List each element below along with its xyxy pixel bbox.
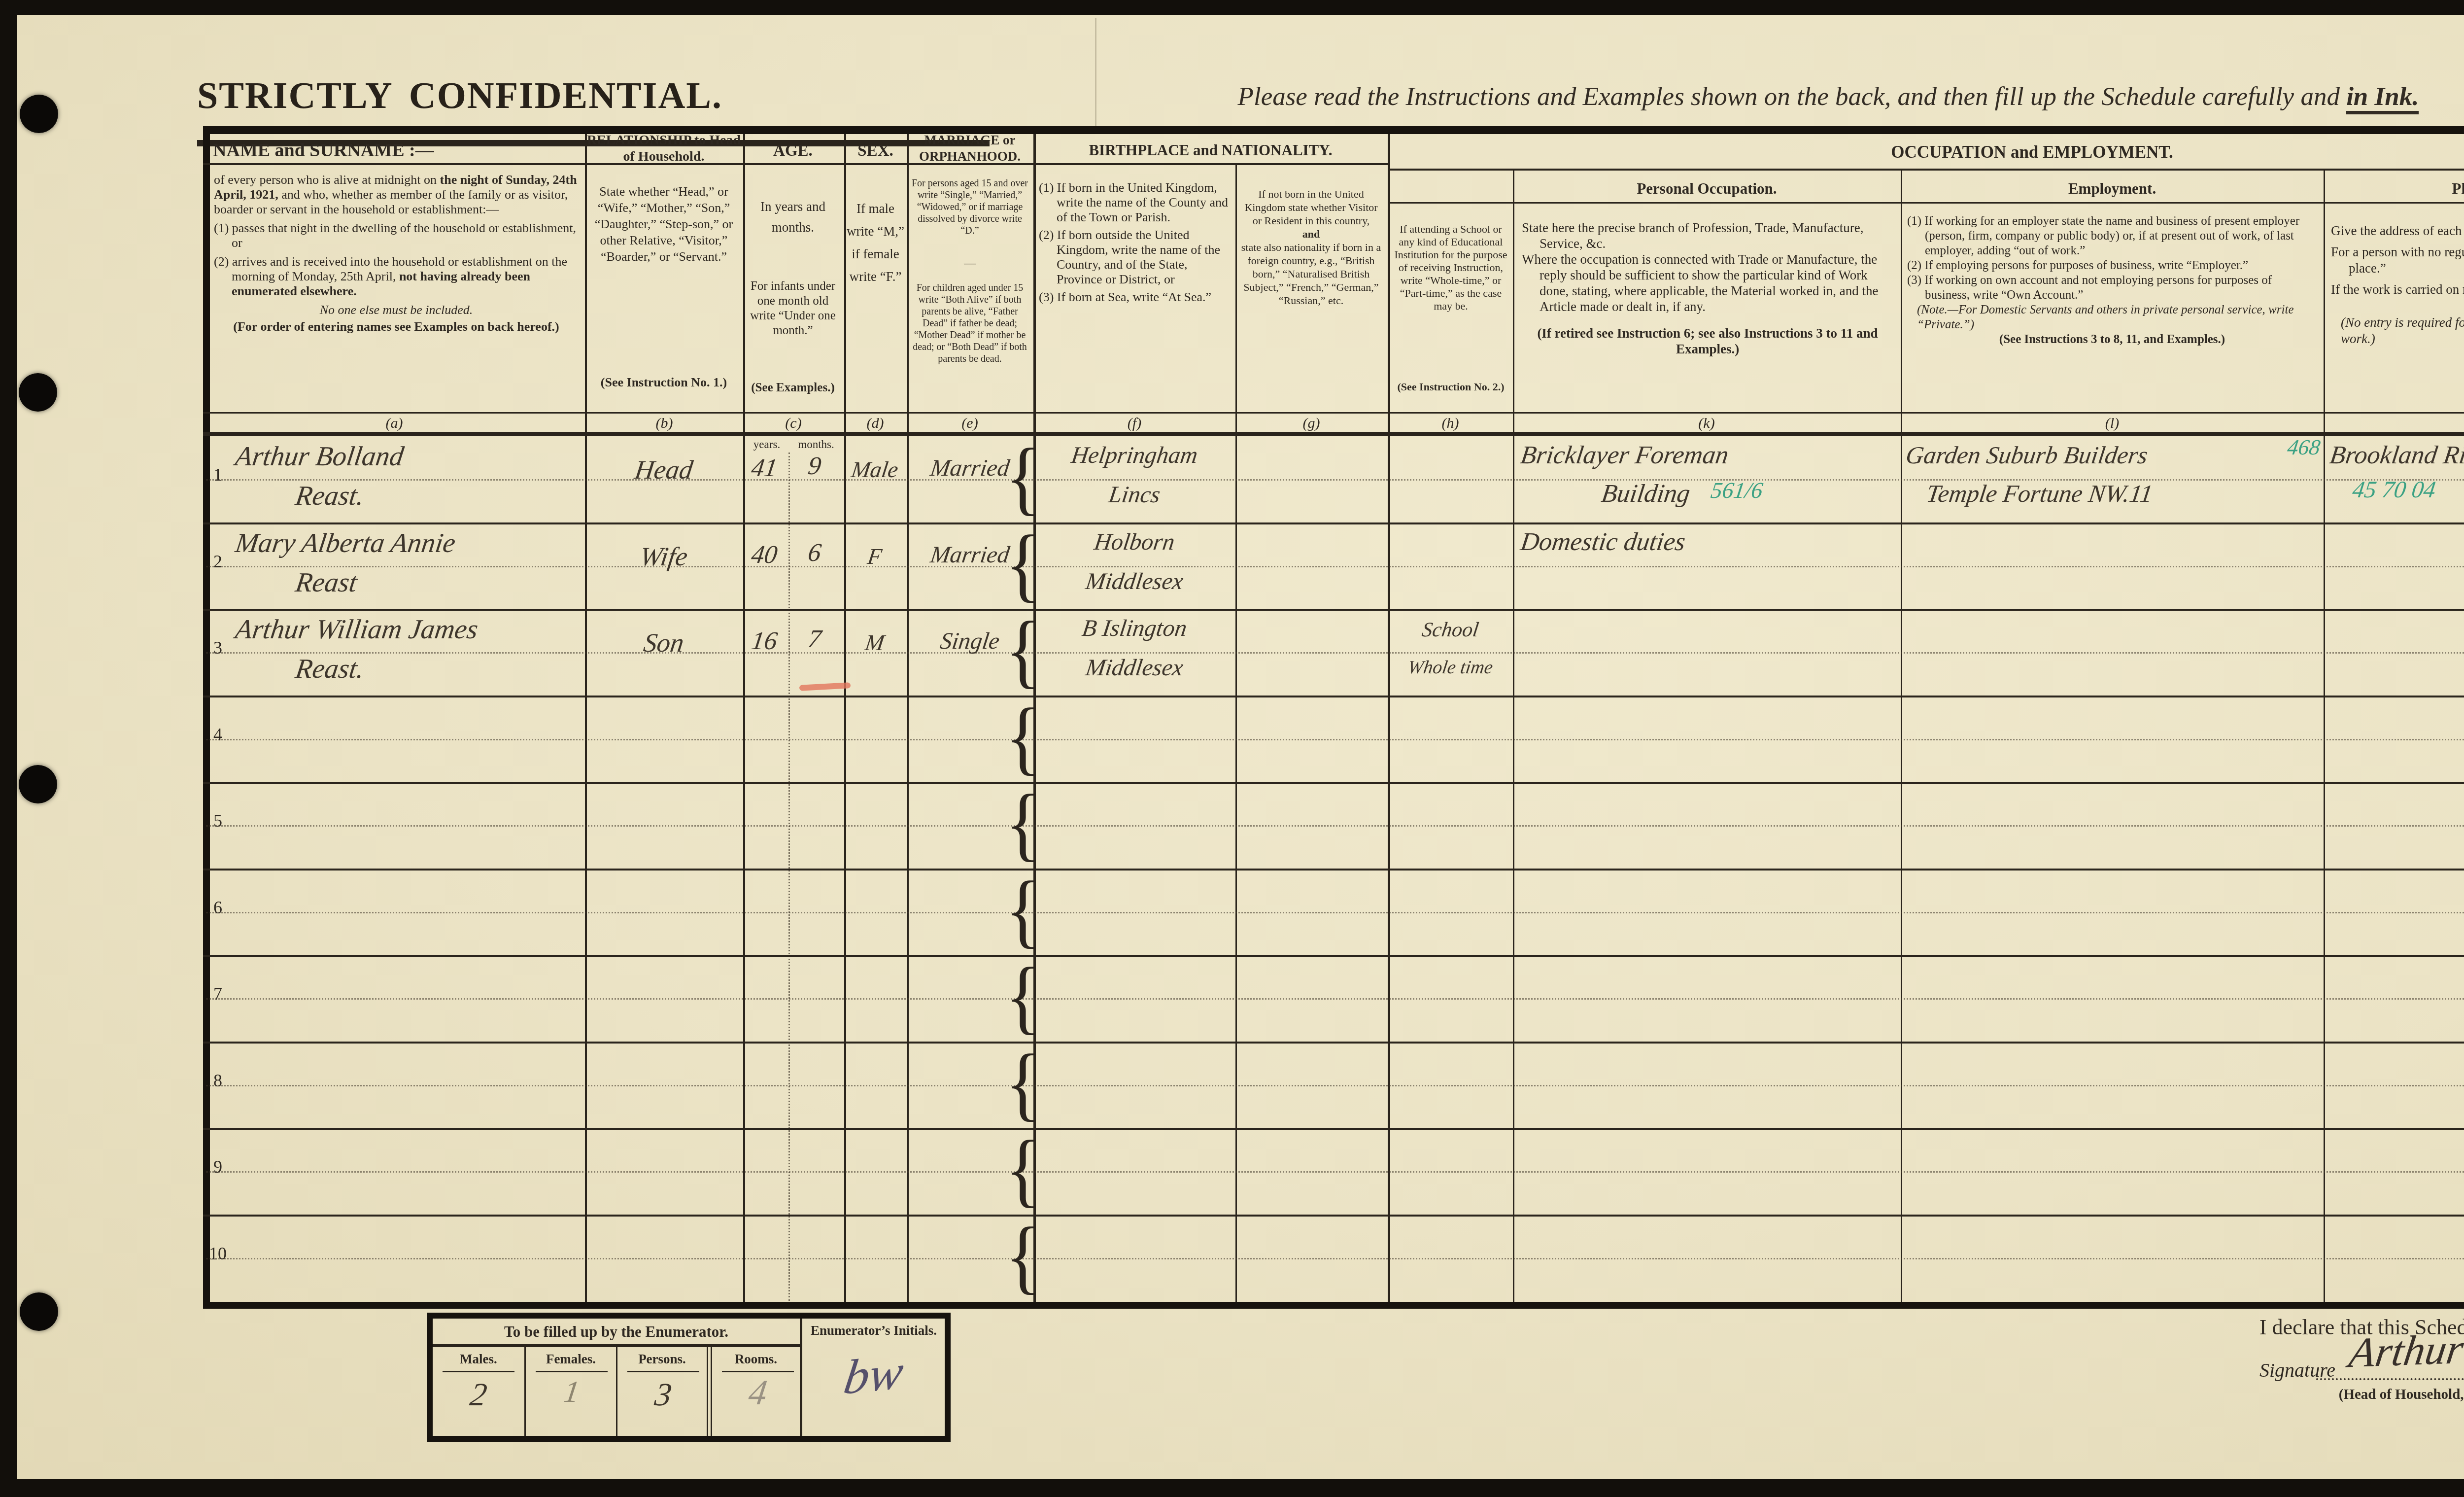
- col-m-description: Give the address of each person’s place …: [2331, 223, 2464, 347]
- row-8-row-number: 8: [205, 1070, 231, 1092]
- row-1-birthplace-line2: Lincs: [1034, 483, 1235, 507]
- row-1-name-line1: Arthur Bolland: [234, 443, 582, 470]
- row-2-name-line2: Reast: [294, 569, 574, 596]
- declaration-footnote: (Head of Household, Manager of Establish…: [2134, 1386, 2464, 1403]
- row-3-sex: M: [843, 631, 906, 654]
- males-value: 2: [445, 1379, 512, 1411]
- col-d-letter: (d): [853, 415, 897, 432]
- persons-value: 3: [630, 1379, 696, 1411]
- row-guide-dotted: [206, 739, 2464, 740]
- col-d-title: SEX.: [844, 141, 907, 161]
- row-border: [203, 1128, 2464, 1130]
- row-3-birthplace-line1: B Islington: [1034, 617, 1235, 640]
- row-1-age-years: 41: [740, 455, 788, 481]
- row-10-row-number: 10: [205, 1243, 231, 1265]
- row-border: [203, 609, 2464, 611]
- census-schedule-page: STRICTLY CONFIDENTIAL. Please read the I…: [0, 0, 2464, 1497]
- col-b-note: (See Instruction No. 1.): [589, 375, 738, 390]
- instruction-ink-emphasis: in Ink.: [2346, 82, 2419, 114]
- col-e-adults: For persons aged 15 and over write “Sing…: [911, 177, 1029, 237]
- row-border: [203, 522, 2464, 524]
- males-label: Males.: [433, 1351, 524, 1367]
- enumerator-initials-value: bw: [807, 1344, 940, 1406]
- row-guide-dotted: [206, 912, 2464, 913]
- birthplace-group-title: BIRTHPLACE and NATIONALITY.: [1033, 141, 1388, 160]
- rooms-label: Rooms.: [712, 1351, 800, 1367]
- row-3-relationship: Son: [585, 629, 742, 656]
- col-e-children: For children aged under 15 write “Both A…: [911, 282, 1029, 365]
- col-a-letter: (a): [372, 415, 416, 432]
- col-c-title: AGE.: [743, 141, 843, 161]
- row-1-row-number: 1: [205, 464, 231, 486]
- row-border: [203, 869, 2464, 870]
- col-l-letter: (l): [2090, 415, 2134, 432]
- enumerator-box-title: To be filled up by the Enumerator.: [433, 1323, 800, 1341]
- row-3-birthplace-line2: Middlesex: [1034, 656, 1235, 680]
- row-3-school-line1: School: [1388, 620, 1512, 640]
- row-brace: {: [1005, 696, 1041, 779]
- col-c-description: In years and months.: [746, 196, 840, 238]
- row-brace: {: [1005, 782, 1041, 865]
- fill-in-ink-instruction: Please read the Instructions and Example…: [1045, 81, 2464, 113]
- row-1-relationship: Head: [585, 456, 742, 483]
- row-1-place-of-work-code-green: 45 70 04: [2351, 478, 2464, 502]
- females-value: 1: [539, 1377, 605, 1407]
- col-b-letter: (b): [642, 415, 686, 432]
- page-title: STRICTLY CONFIDENTIAL.: [197, 73, 722, 119]
- row-3-school-line2: Whole time: [1388, 658, 1512, 677]
- row-guide-dotted: [206, 652, 2464, 654]
- col-g-description: If not born in the United Kingdom state …: [1239, 187, 1383, 307]
- row-6-row-number: 6: [205, 897, 231, 919]
- col-a-title: NAME and SURNAME :—: [213, 139, 578, 162]
- col-b-title: RELATIONSHIP to Head of Household.: [586, 132, 741, 165]
- row-2-relationship: Wife: [585, 543, 742, 570]
- row-2-birthplace-line2: Middlesex: [1034, 570, 1235, 593]
- col-e-title: MARRIAGE or ORPHANHOOD.: [908, 132, 1031, 165]
- row-3-name-line1: Arthur William James: [234, 616, 582, 643]
- row-brace: {: [1005, 1215, 1041, 1298]
- row-7-row-number: 7: [205, 983, 231, 1005]
- row-1-marriage: Married: [906, 456, 1034, 480]
- row-3-name-line2: Reast.: [294, 655, 574, 683]
- punch-hole: [20, 95, 58, 133]
- row-border: [203, 782, 2464, 784]
- col-b-description: State whether “Head,” or “Wife,” “Mother…: [589, 183, 738, 265]
- col-k-title: Personal Occupation.: [1513, 179, 1901, 198]
- row-border: [203, 696, 2464, 697]
- row-1-employment-line1: Garden Suburb Builders: [1904, 443, 2322, 467]
- row-2-row-number: 2: [205, 551, 231, 573]
- row-1-occupation-code-green: 561/6: [1710, 479, 1811, 502]
- col-k-letter: (k): [1684, 415, 1729, 432]
- col-c-see-examples: (See Examples.): [746, 381, 840, 396]
- years-sublabel: years.: [745, 438, 788, 452]
- col-f-description: (1) If born in the United Kingdom, write…: [1039, 180, 1232, 305]
- row-1-birthplace-line1: Helpringham: [1034, 444, 1235, 467]
- row-brace: {: [1005, 1042, 1041, 1125]
- col-f-letter: (f): [1112, 415, 1157, 432]
- col-g-letter: (g): [1289, 415, 1334, 432]
- row-1-employment-line2: Temple Fortune NW.11: [1925, 481, 2303, 506]
- row-2-sex: F: [843, 545, 906, 568]
- instruction-text: Please read the Instructions and Example…: [1238, 82, 2347, 111]
- col-l-description: (1) If working for an employer state the…: [1907, 214, 2317, 347]
- row-guide-dotted: [206, 566, 2464, 567]
- row-3-row-number: 3: [205, 637, 231, 659]
- rooms-value: 4: [724, 1375, 791, 1410]
- occupation-group-title: OCCUPATION and EMPLOYMENT.: [1388, 142, 2464, 163]
- row-1-place-of-work-line1: Brookland Rise: [2328, 443, 2464, 468]
- row-3-marriage: Single: [906, 629, 1034, 653]
- col-m-title: Place of Work.: [2324, 179, 2464, 198]
- row-2-marriage: Married: [906, 543, 1034, 567]
- row-3-age-months: 7: [787, 627, 841, 652]
- row-brace: {: [1005, 955, 1041, 1038]
- row-2-birthplace-line1: Holborn: [1034, 530, 1235, 554]
- col-d-description: If male write “M,” if female write “F.”: [846, 197, 905, 288]
- col-l-title: Employment.: [1901, 179, 2324, 198]
- row-3-age-years: 16: [740, 628, 788, 654]
- col-c-letter: (c): [771, 415, 816, 432]
- row-1-occupation-line1: Bricklayer Foreman: [1519, 443, 1900, 468]
- punch-hole: [19, 373, 57, 412]
- col-a-description: of every person who is alive at midnight…: [214, 173, 579, 334]
- row-2-occupation-line1: Domestic duties: [1519, 529, 1900, 555]
- col-h-description: If attending a School or any kind of Edu…: [1392, 223, 1510, 313]
- punch-hole: [19, 765, 57, 803]
- row-brace: {: [1005, 1128, 1041, 1211]
- row-9-row-number: 9: [205, 1156, 231, 1178]
- col-e-dash: —: [911, 256, 1029, 271]
- row-border: [203, 955, 2464, 957]
- row-2-age-months: 6: [787, 540, 841, 566]
- females-label: Females.: [526, 1351, 616, 1367]
- row-2-age-years: 40: [740, 542, 788, 568]
- row-2-name-line1: Mary Alberta Annie: [234, 529, 582, 557]
- row-border: [203, 1215, 2464, 1217]
- col-h-letter: (h): [1428, 415, 1472, 432]
- enumerator-box: To be filled up by the Enumerator. Enume…: [427, 1313, 951, 1442]
- col-k-description: State here the precise branch of Profess…: [1522, 220, 1893, 357]
- enumerator-initials-label: Enumerator’s Initials.: [805, 1323, 943, 1339]
- row-guide-dotted: [206, 1085, 2464, 1086]
- row-border: [203, 1042, 2464, 1044]
- row-1-age-months: 9: [787, 453, 841, 479]
- row-guide-dotted: [206, 1171, 2464, 1173]
- row-1-sex: Male: [843, 458, 906, 481]
- signature-line: [2316, 1378, 2464, 1380]
- row-5-row-number: 5: [205, 810, 231, 832]
- row-brace: {: [1005, 869, 1041, 952]
- months-sublabel: months.: [790, 438, 842, 452]
- punch-hole: [20, 1292, 58, 1331]
- row-1-name-line2: Reast.: [294, 482, 574, 510]
- row-guide-dotted: [206, 1258, 2464, 1259]
- col-e-letter: (e): [948, 415, 992, 432]
- col-c-infants-note: For infants under one month old write “U…: [746, 279, 840, 338]
- row-guide-dotted: [206, 825, 2464, 827]
- row-guide-dotted: [206, 998, 2464, 1000]
- persons-label: Persons.: [617, 1351, 707, 1367]
- col-h-note: (See Instruction No. 2.): [1392, 381, 1510, 394]
- row-4-row-number: 4: [205, 724, 231, 746]
